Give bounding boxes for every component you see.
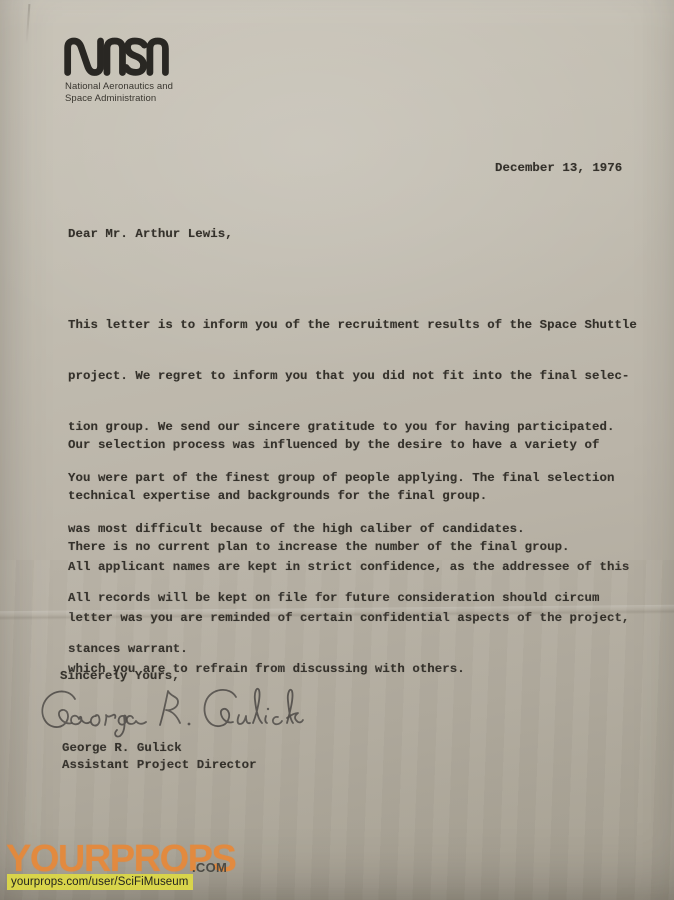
typed-title: Assistant Project Director	[62, 758, 257, 772]
tagline-line1: National Aeronautics and	[65, 81, 173, 93]
watermark-brand-suffix: .COM	[192, 860, 227, 875]
paper-crease	[26, 4, 31, 44]
signature-handwriting	[38, 684, 310, 742]
paragraph-line: Our selection process was influenced by …	[68, 437, 599, 454]
salutation: Dear Mr. Arthur Lewis,	[68, 227, 233, 241]
typed-name: George R. Gulick	[62, 741, 182, 755]
watermark-url: yourprops.com/user/SciFiMuseum	[7, 874, 193, 890]
closing: Sincerely Yours,	[60, 669, 180, 683]
paragraph-line: project. We regret to inform you that yo…	[68, 368, 637, 385]
paragraph-line: All applicant names are kept in strict c…	[68, 559, 629, 576]
paragraph-line: technical expertise and backgrounds for …	[68, 488, 599, 505]
letter-photo: National Aeronautics and Space Administr…	[0, 0, 674, 900]
letterhead-tagline: National Aeronautics and Space Administr…	[65, 81, 173, 104]
nasa-worm-logo-icon	[64, 36, 170, 78]
tagline-line2: Space Administration	[65, 93, 173, 105]
paragraph-line: This letter is to inform you of the recr…	[68, 317, 637, 334]
letter-date: December 13, 1976	[495, 161, 622, 175]
